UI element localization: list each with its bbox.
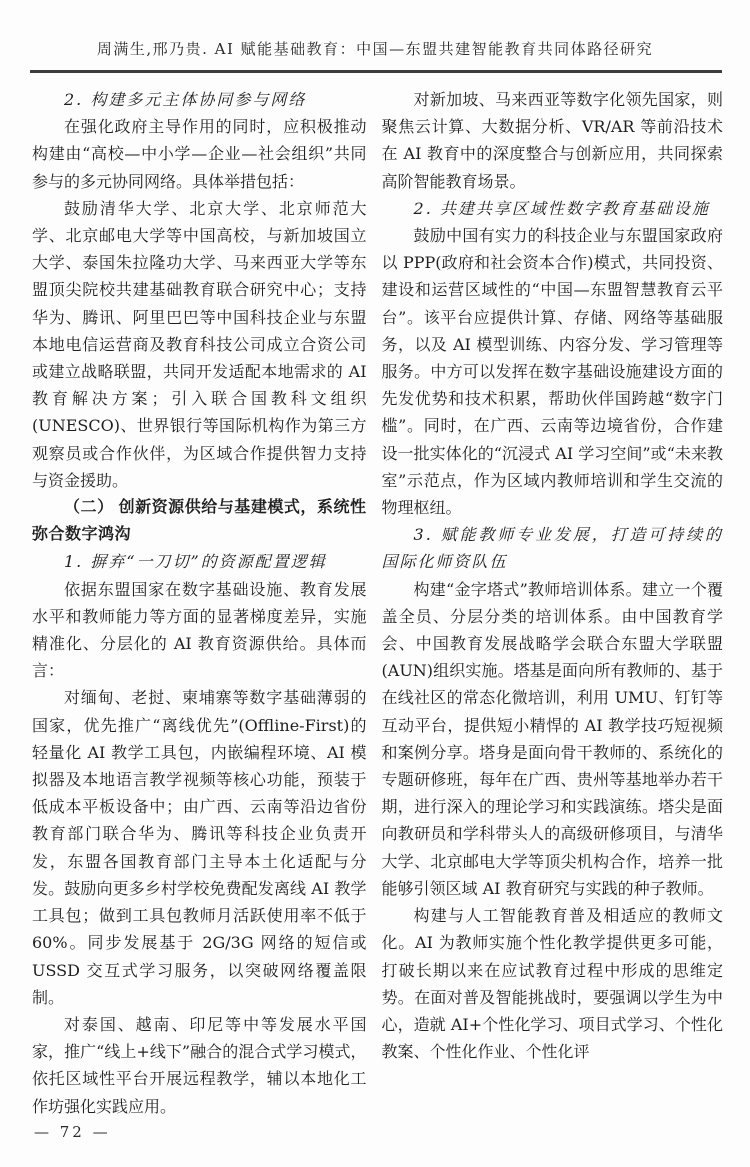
section-heading: （二） 创新资源供给与基建模式，系统性弥合数字鸿沟 [32,494,367,548]
journal-page: 周满生,邢乃贵. AI 赋能基础教育：中国—东盟共建智能教育共同体路径研究 2.… [0,0,750,1167]
paragraph: 构建与人工智能教育普及相适应的教师文化。AI 为教师实施个性化教学提供更多可能，… [382,902,723,1065]
left-column: 2. 构建多元主体协同参与网络 在强化政府主导作用的同时，应积极推动构建由“高校… [32,86,367,1120]
two-column-body: 2. 构建多元主体协同参与网络 在强化政府主导作用的同时，应积极推动构建由“高校… [0,73,750,1120]
paragraph: 构建“金字塔式”教师培训体系。建立一个覆盖全员、分层分类的培训体系。由中国教育学… [382,576,723,902]
right-column: 对新加坡、马来西亚等数字化领先国家，则聚焦云计算、大数据分析、VR/AR 等前沿… [382,86,723,1120]
subsection-heading: 2. 共建共享区域性数字教育基础设施 [382,195,723,222]
page-number: — 72 — [34,1123,111,1141]
paragraph: 对新加坡、马来西亚等数字化领先国家，则聚焦云计算、大数据分析、VR/AR 等前沿… [382,86,723,195]
paragraph: 在强化政府主导作用的同时，应积极推动构建由“高校—中小学—企业—社会组织”共同参… [32,113,367,195]
subsection-heading: 3. 赋能教师专业发展，打造可持续的国际化师资队伍 [382,521,723,575]
paragraph: 依据东盟国家在数字基础设施、教育发展水平和教师能力等方面的显著梯度差异，实施精准… [32,576,367,685]
subsection-heading: 2. 构建多元主体协同参与网络 [32,86,367,113]
running-head-title: 周满生,邢乃贵. AI 赋能基础教育：中国—东盟共建智能教育共同体路径研究 [0,0,750,59]
paragraph: 鼓励中国有实力的科技企业与东盟国家政府以 PPP(政府和社会资本合作)模式，共同… [382,222,723,521]
paragraph: 对缅甸、老挝、柬埔寨等数字基础薄弱的国家，优先推广“离线优先”(Offline-… [32,684,367,1010]
paragraph: 对泰国、越南、印尼等中等发展水平国家，推广“线上+线下”融合的混合式学习模式，依… [32,1011,367,1120]
paragraph: 鼓励清华大学、北京大学、北京师范大学、北京邮电大学等中国高校，与新加坡国立大学、… [32,195,367,494]
subsection-heading: 1. 摒弃“一刀切”的资源配置逻辑 [32,548,367,575]
